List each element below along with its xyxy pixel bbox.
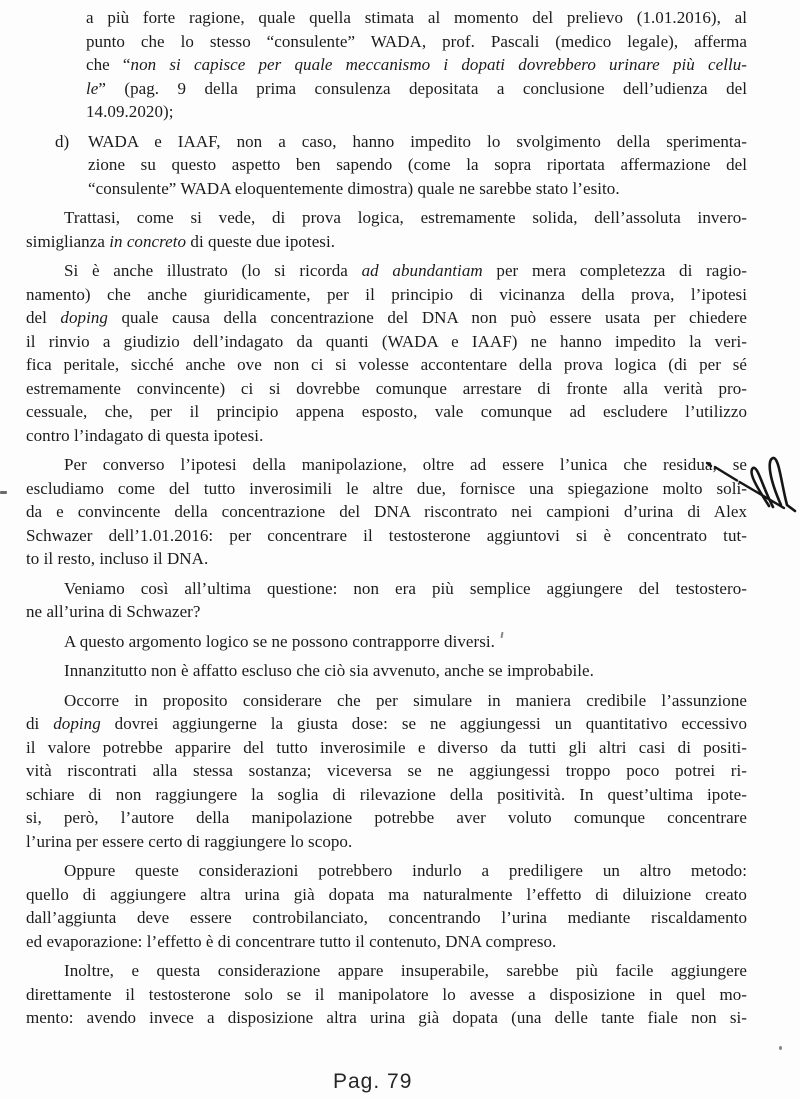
text-segment: vità riscontrati alla stessa sostanza; v…: [26, 761, 747, 780]
text-segment: fica peritale, sicché anche ove non ci s…: [26, 355, 747, 374]
page-number: Pag. 79: [333, 1070, 412, 1094]
text-segment: “consulente” WADA eloquentemente dimostr…: [88, 179, 620, 198]
text-segment: escludiamo come del tutto inverosimili l…: [26, 479, 747, 498]
text-line: “consulente” WADA eloquentemente dimostr…: [88, 177, 747, 201]
text-line: Oppure queste considerazioni potrebbero …: [26, 859, 747, 883]
text-line: il rinvio a giudizio dell’indagato da qu…: [26, 330, 747, 354]
text-line: zione su questo aspetto ben sapendo (com…: [88, 153, 747, 177]
text-segment: per mera completezza di ragio-: [483, 261, 747, 280]
text-segment: ed evaporazione: l’effetto è di concentr…: [26, 932, 556, 951]
text-segment: da e convincente della concentrazione de…: [26, 502, 747, 521]
text-line: cessuale, che, per il principio appena e…: [26, 400, 747, 424]
text-line: simiglianza in concreto di queste due ip…: [26, 230, 747, 254]
paragraph-si-e-anche-illustrato: Si è anche illustrato (lo si ricorda ad …: [26, 259, 747, 447]
text-line: Occorre in proposito considerare che per…: [26, 689, 747, 713]
text-segment: cessuale, che, per il principio appena e…: [26, 402, 747, 421]
text-segment: di queste due ipotesi.: [186, 232, 335, 251]
text-line: Schwazer dell’1.01.2016: per concentrare…: [26, 524, 747, 548]
document-body: a più forte ragione, quale quella stimat…: [26, 6, 747, 1030]
text-segment: dovrei aggiungerne la giusta dose: se ne…: [101, 714, 747, 733]
text-line: direttamente il testosterone solo se il …: [26, 983, 747, 1007]
text-segment: dall’aggiunta deve essere controbilancia…: [26, 908, 747, 927]
text-segment: del: [26, 308, 60, 327]
text-line: si, però, l’autore della manipolazione p…: [26, 806, 747, 830]
text-segment: Inoltre, e questa considerazione appare …: [64, 961, 747, 980]
text-segment: il rinvio a giudizio dell’indagato da qu…: [26, 332, 747, 351]
paragraph-inoltre: Inoltre, e questa considerazione appare …: [26, 959, 747, 1030]
text-segment: to il resto, incluso il DNA.: [26, 549, 208, 568]
text-line: le” (pag. 9 della prima consulenza depos…: [86, 77, 747, 101]
text-segment: Occorre in proposito considerare che per…: [64, 691, 747, 710]
paragraph-per-converso: Per converso l’ipotesi della manipolazio…: [26, 453, 747, 571]
text-segment: ne all’urina di Schwazer?: [26, 602, 200, 621]
text-line: contro l’indagato di questa ipotesi.: [26, 424, 747, 448]
text-line: escludiamo come del tutto inverosimili l…: [26, 477, 747, 501]
text-line: che “non si capisce per quale meccanismo…: [86, 53, 747, 77]
text-line: A questo argomento logico se ne possono …: [26, 630, 747, 654]
text-line: ed evaporazione: l’effetto è di concentr…: [26, 930, 747, 954]
text-line: mento: avendo invece a disposizione altr…: [26, 1006, 747, 1030]
text-segment: il valore potrebbe apparire del tutto in…: [26, 738, 747, 757]
text-segment: Si è anche illustrato (lo si ricorda: [64, 261, 362, 280]
text-line: da e convincente della concentrazione de…: [26, 500, 747, 524]
text-line: di doping dovrei aggiungerne la giusta d…: [26, 712, 747, 736]
paragraph-oppure: Oppure queste considerazioni potrebbero …: [26, 859, 747, 953]
scan-speck-bottom: [779, 1046, 782, 1050]
text-segment: namento) che anche giuridicamente, per i…: [26, 285, 747, 304]
scan-speck-left-edge: [0, 491, 7, 494]
text-segment: schiare di non raggiungere la soglia di …: [26, 785, 747, 804]
text-line: quello di aggiungere altra urina già dop…: [26, 883, 747, 907]
text-line: il valore potrebbe apparire del tutto in…: [26, 736, 747, 760]
text-line: WADA e IAAF, non a caso, hanno impedito …: [88, 130, 747, 154]
paragraph-veniamo: Veniamo così all’ultima questione: non e…: [26, 577, 747, 624]
text-segment: Trattasi, come si vede, di prova logica,…: [64, 208, 747, 227]
text-segment: contro l’indagato di questa ipotesi.: [26, 426, 263, 445]
text-segment: l’urina per essere certo di raggiungere …: [26, 832, 352, 851]
italic-text: in concreto: [109, 232, 186, 251]
text-segment: che “: [86, 55, 131, 74]
text-line: fica peritale, sicché anche ove non ci s…: [26, 353, 747, 377]
text-segment: si, però, l’autore della manipolazione p…: [26, 808, 747, 827]
text-segment: zione su questo aspetto ben sapendo (com…: [88, 155, 747, 174]
text-line: namento) che anche giuridicamente, per i…: [26, 283, 747, 307]
paragraph-innanzitutto: Innanzitutto non è affatto escluso che c…: [26, 659, 747, 683]
text-segment: simiglianza: [26, 232, 109, 251]
text-line: schiare di non raggiungere la soglia di …: [26, 783, 747, 807]
paragraph-trattasi: Trattasi, come si vede, di prova logica,…: [26, 206, 747, 253]
text-segment: quale causa della concentrazione del DNA…: [108, 308, 747, 327]
text-segment: Schwazer dell’1.01.2016: per concentrare…: [26, 526, 747, 545]
italic-text: doping: [60, 308, 108, 327]
italic-text: ad abundantiam: [362, 261, 483, 280]
text-line: Inoltre, e questa considerazione appare …: [26, 959, 747, 983]
text-line: Trattasi, come si vede, di prova logica,…: [26, 206, 747, 230]
text-segment: di: [26, 714, 53, 733]
italic-text: non si capisce per quale meccanismo i do…: [131, 55, 747, 74]
text-line: Si è anche illustrato (lo si ricorda ad …: [26, 259, 747, 283]
text-segment: Per converso l’ipotesi della manipolazio…: [64, 455, 747, 474]
text-line: Innanzitutto non è affatto escluso che c…: [26, 659, 747, 683]
text-line: dall’aggiunta deve essere controbilancia…: [26, 906, 747, 930]
text-line: del doping quale causa della concentrazi…: [26, 306, 747, 330]
text-line: l’urina per essere certo di raggiungere …: [26, 830, 747, 854]
text-line: a più forte ragione, quale quella stimat…: [86, 6, 747, 30]
text-line: punto che lo stesso “consulente” WADA, p…: [86, 30, 747, 54]
text-line: 14.09.2020);: [86, 100, 747, 124]
pen-check-mark: [694, 446, 800, 532]
paragraph-occorre: Occorre in proposito considerare che per…: [26, 689, 747, 854]
text-line: ne all’urina di Schwazer?: [26, 600, 747, 624]
paragraph-a-questo-argomento: A questo argomento logico se ne possono …: [26, 630, 747, 654]
text-segment: Veniamo così all’ultima questione: non e…: [64, 579, 747, 598]
text-segment: Oppure queste considerazioni potrebbero …: [64, 861, 747, 880]
text-segment: ” (pag. 9 della prima consulenza deposit…: [98, 79, 747, 98]
text-segment: mento: avendo invece a disposizione altr…: [26, 1008, 747, 1027]
text-line: vità riscontrati alla stessa sostanza; v…: [26, 759, 747, 783]
text-segment: direttamente il testosterone solo se il …: [26, 985, 747, 1004]
text-line: to il resto, incluso il DNA.: [26, 547, 747, 571]
text-segment: estremamente convincente) ci si dovrebbe…: [26, 379, 747, 398]
text-segment: punto che lo stesso “consulente” WADA, p…: [86, 32, 747, 51]
list-marker: d): [55, 130, 69, 154]
text-line: estremamente convincente) ci si dovrebbe…: [26, 377, 747, 401]
list-item-d: d)WADA e IAAF, non a caso, hanno impedit…: [88, 130, 747, 201]
text-line: Veniamo così all’ultima questione: non e…: [26, 577, 747, 601]
text-segment: a più forte ragione, quale quella stimat…: [86, 8, 747, 27]
text-segment: WADA e IAAF, non a caso, hanno impedito …: [88, 132, 747, 151]
italic-text: doping: [53, 714, 101, 733]
italic-text: le: [86, 79, 98, 98]
text-line: Per converso l’ipotesi della manipolazio…: [26, 453, 747, 477]
text-segment: quello di aggiungere altra urina già dop…: [26, 885, 747, 904]
text-segment: 14.09.2020);: [86, 102, 173, 121]
text-segment: A questo argomento logico se ne possono …: [64, 632, 495, 651]
text-segment: Innanzitutto non è affatto escluso che c…: [64, 661, 594, 680]
list-item-c-continuation: a più forte ragione, quale quella stimat…: [86, 6, 747, 124]
